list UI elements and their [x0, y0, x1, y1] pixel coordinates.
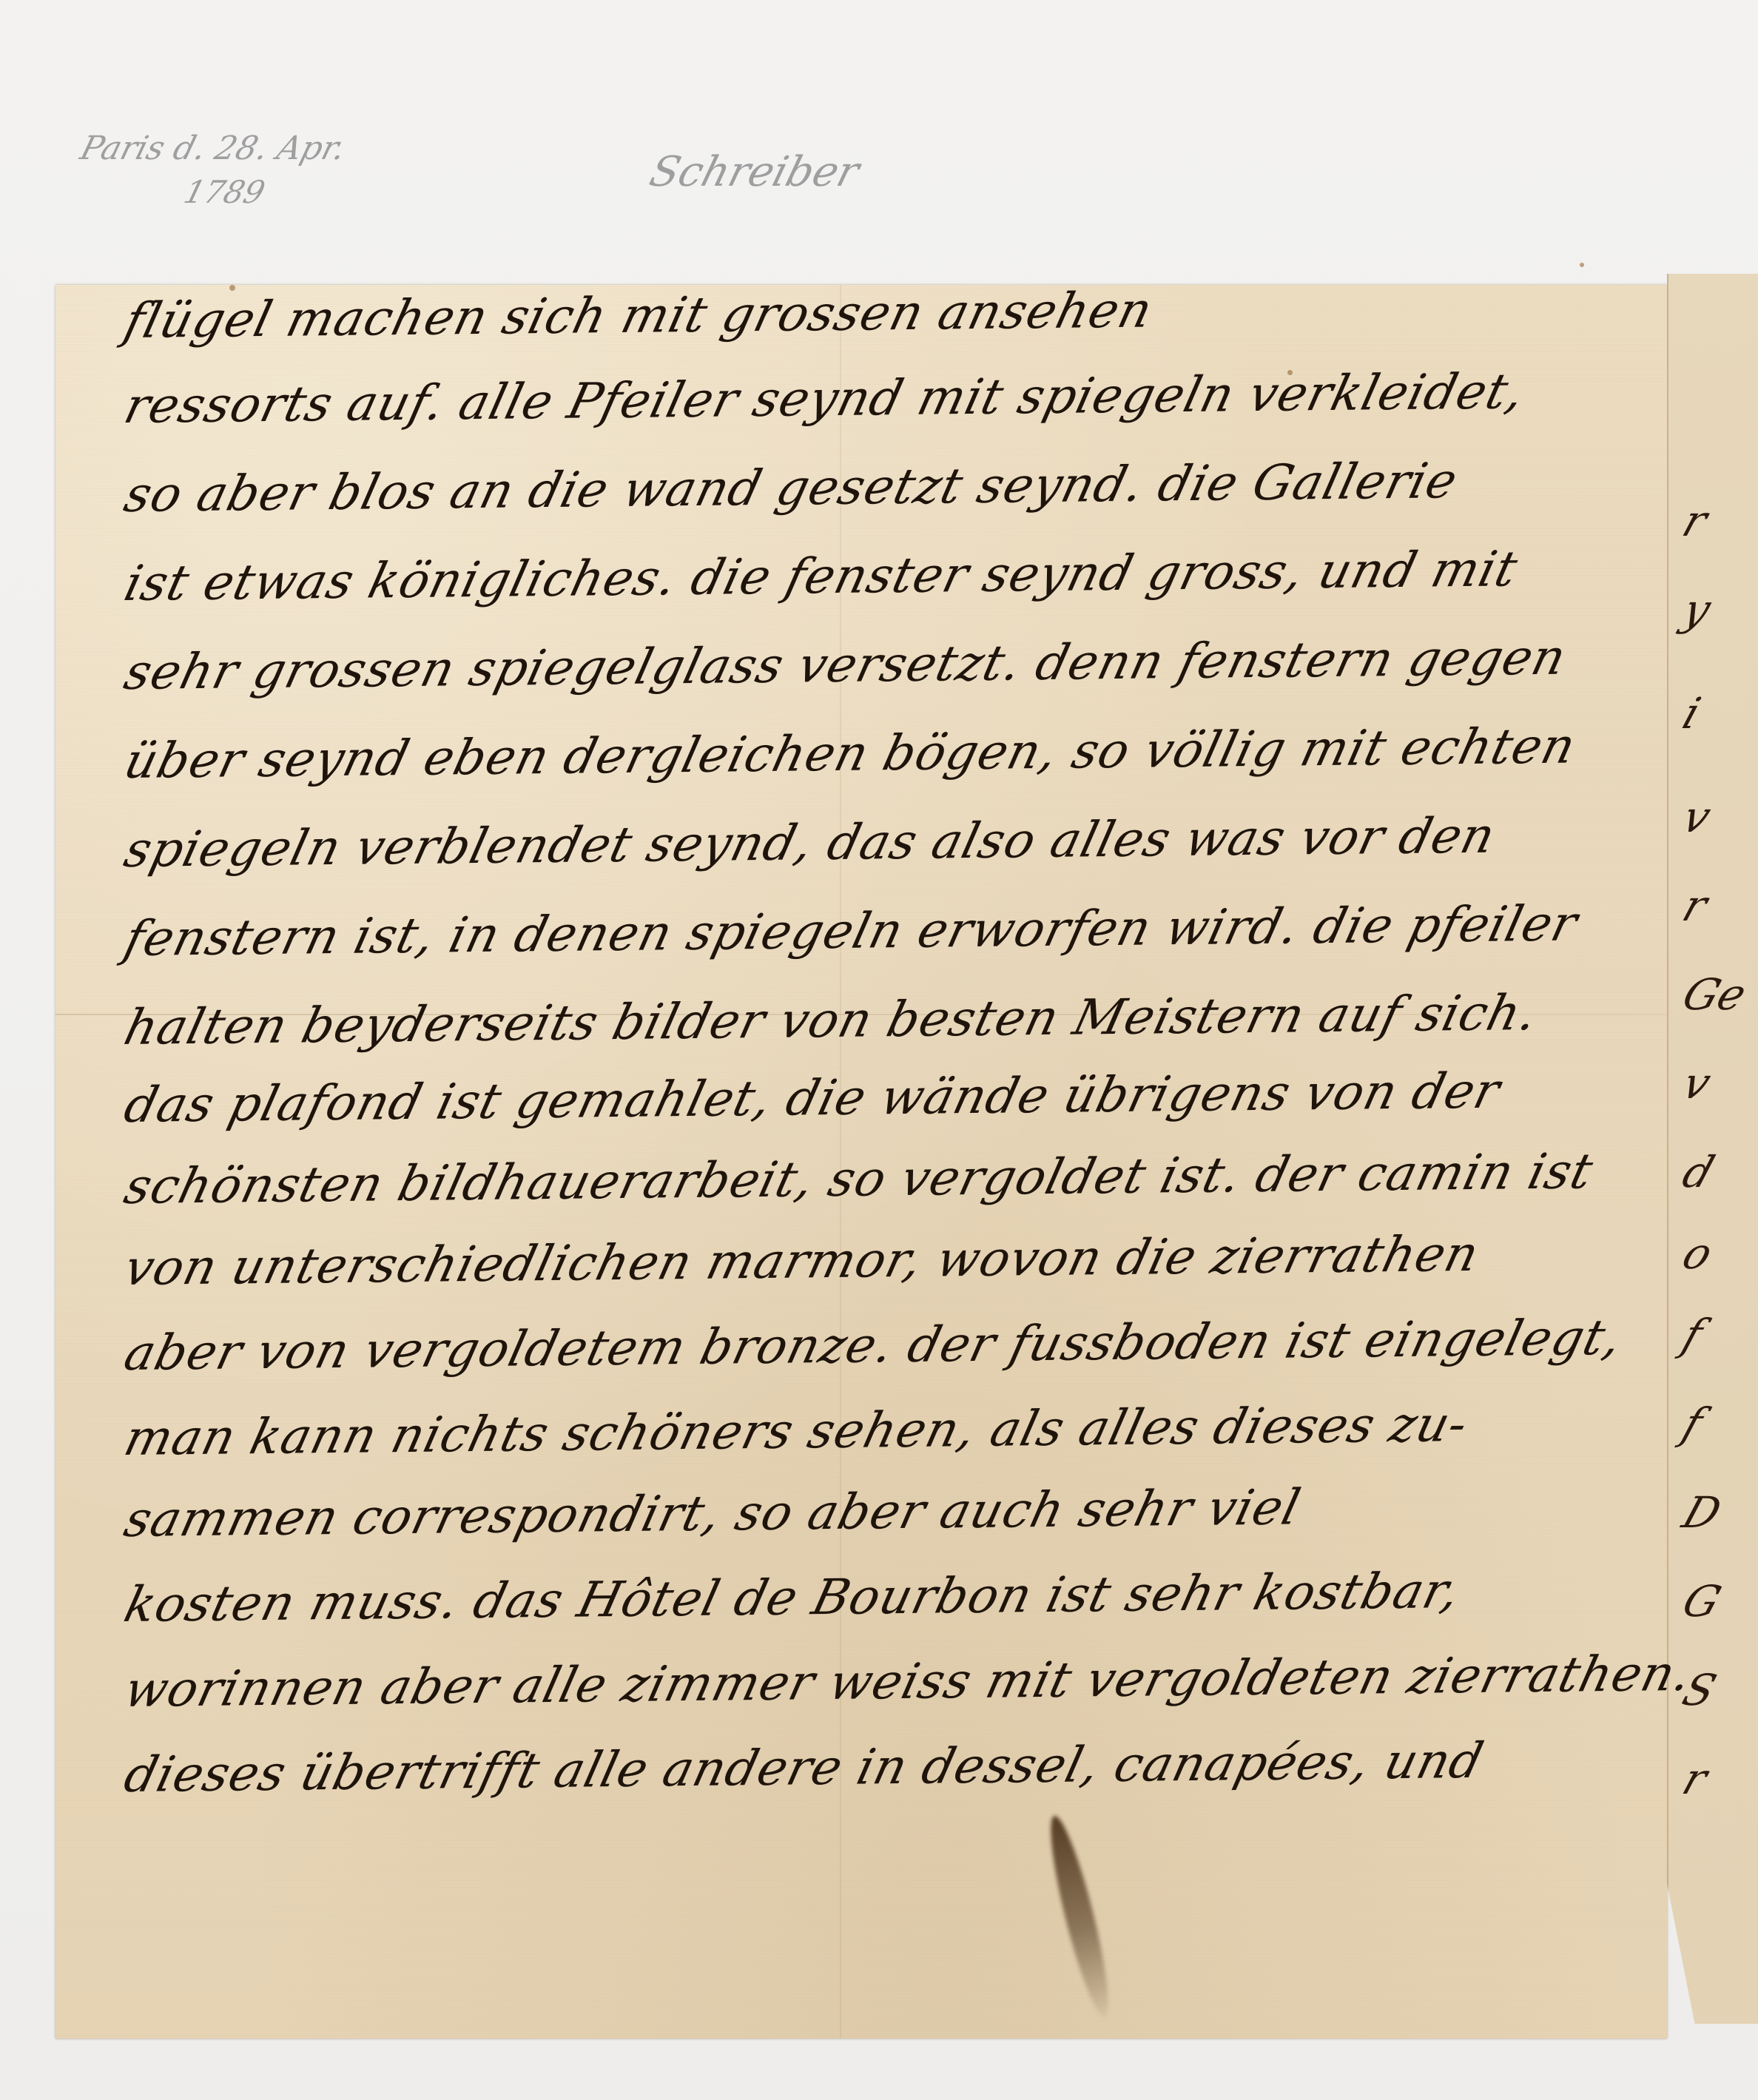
foxing-spot: [1287, 370, 1293, 375]
page2-fragment: v: [1677, 792, 1717, 842]
page2-fragment: r: [1677, 881, 1714, 931]
page2-fragment: d: [1677, 1147, 1720, 1197]
page2-fragment: o: [1677, 1228, 1719, 1279]
page2-fragment: f: [1677, 1399, 1709, 1449]
page2-fragment: Ge: [1677, 969, 1753, 1020]
page2-fragment: i: [1677, 688, 1707, 738]
foxing-spot: [229, 285, 235, 291]
manuscript-line-1: flügel machen sich mit grossen ansehen: [119, 282, 1159, 349]
pencil-date-annotation: Paris d. 28. Apr.: [76, 129, 349, 167]
page2-fragment: r: [1677, 1754, 1714, 1804]
adjacent-page-strip: r y i v r Ge v d o f f D G S r: [1667, 274, 1758, 2024]
page2-fragment: f: [1677, 1310, 1709, 1360]
foxing-spot: [1580, 263, 1584, 267]
page2-fragment: y: [1677, 585, 1717, 635]
page2-fragment: r: [1677, 496, 1714, 546]
pencil-note-annotation: Schreiber: [644, 148, 864, 196]
page2-fragment: v: [1677, 1058, 1717, 1108]
pencil-year-annotation: 1789: [180, 174, 269, 210]
page2-fragment: G: [1677, 1576, 1727, 1626]
page2-fragment: D: [1677, 1487, 1728, 1538]
